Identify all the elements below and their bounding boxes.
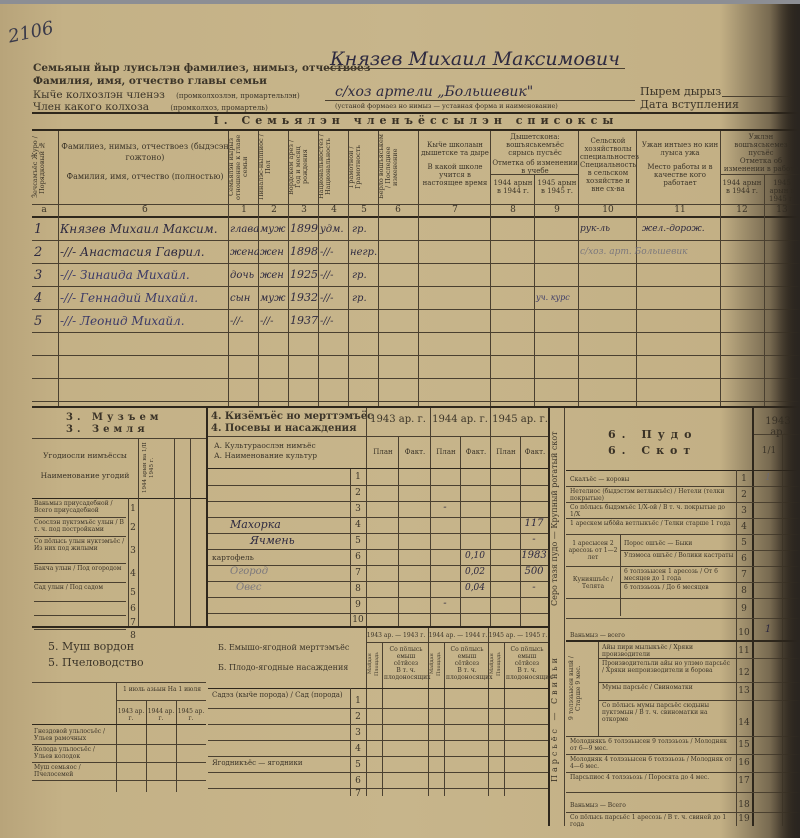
section3-col-header: 1944 арын на 1/II 1945 г. (142, 442, 172, 494)
livestock-row-number: 4 (736, 522, 752, 532)
crop-row: 2 (208, 486, 548, 502)
livestock-row-label: Производительли айы но улэмо парсьёс / Х… (602, 660, 732, 674)
side-label-cattle: Серо тазя пудо — Крупный рогатый скот (551, 414, 563, 624)
member-literacy: гр. (352, 293, 382, 304)
col-9-header: 1945 арын в 1945 г. (536, 179, 578, 195)
section6-title-komi: 6. Пудо (608, 428, 697, 441)
member-nationality: -//- (320, 270, 350, 281)
section4-title-ru: 4. Посевы и насаждения (211, 422, 356, 435)
col-7-header-ru: В какой школе учится в настоящее время (420, 163, 490, 187)
section3-title-komi: 3. Музъем (66, 412, 163, 423)
hline (208, 468, 548, 469)
crop-row: 10 (208, 614, 548, 626)
plan-1943: План (368, 448, 398, 456)
hline (208, 756, 548, 757)
kolkhoz-caption: (устаной формаез но нимыз — уставная фор… (335, 102, 558, 110)
hline (566, 736, 800, 737)
livestock-row-number: 7 (736, 570, 752, 580)
orchard-col-trees-komi: Со пӧлысь емыш сётӥсез (446, 646, 488, 667)
land-row-label: Сад улын / Под садом (34, 584, 126, 602)
col-11-header-komi: Ужан интыез но кин луыса ужа (640, 141, 720, 157)
land-row-number: 4 (128, 569, 138, 579)
col-a-header: Ӟечсамъёс Ӝуро / Порядковый № (32, 133, 56, 201)
colnum-a: a (32, 205, 56, 215)
section5-title-komi: 5. Муш вордон (48, 640, 134, 653)
kolkhoz-label-komi-paren: (промколхозлэн, промартельлэн) (176, 92, 300, 100)
livestock-row-label: Ваньмыз — Всего (570, 802, 732, 809)
livestock-row-number: 15 (736, 740, 752, 750)
livestock-row-label: 6 толэзьозь / До 6 месяцев (624, 584, 734, 591)
pigs-block: 9 толэзьысен вылӥ / Старше 9 мес. Айы пи… (566, 642, 800, 826)
col-6-header: Берло вошъяськем / Последнее изменение (378, 133, 414, 201)
crop-header-komi: А. Культураослэн нимъёс (214, 442, 316, 450)
fact-1944: Факт. (462, 448, 490, 456)
section3-header-ru: Наименование угодий (32, 472, 138, 480)
member-name: Князев Михаил Максим. (60, 222, 230, 236)
section1-header: Ӟечсамъёс Ӝуро / Порядковый № Фамилиез, … (32, 131, 800, 204)
colnum-8: 8 (492, 205, 534, 215)
row-number: 2 (34, 245, 56, 260)
table-row: 5 -//- Леонид Михайл. -//- -//- 1937 -//… (32, 310, 800, 333)
education-group-komi: Дышетскона: вошъяськемъёс сярысь пусъёс (492, 133, 578, 157)
fact-1944-value: 0,02 (460, 567, 490, 577)
family-members-table: 1 Князев Михаил Максим. глава муж 1899 у… (32, 218, 800, 406)
orchard-col-trees-ru: В т. ч. плодоносящих (446, 667, 488, 681)
hline (208, 788, 548, 789)
land-row-number: 1 (128, 504, 138, 514)
fact-1944-value: 0,10 (460, 551, 490, 561)
orchard-title-komi: Б. Емышо-ягодной мерттэмъёс (218, 644, 349, 652)
hline (32, 780, 206, 781)
member-nationality: -//- (320, 293, 350, 304)
hline (208, 772, 548, 773)
crop-name: картофель (212, 554, 254, 562)
member-relation: -//- (230, 316, 260, 327)
livestock-row-number: 11 (736, 646, 752, 656)
crop-row: 9 - (208, 598, 548, 614)
member-birth-year: 1925 (290, 268, 320, 281)
orchard-row-label: Садэз (кыӵе порода) / Сад (порода) (212, 692, 348, 699)
section5-beekeeping: 5. Муш вордон 5. Пчеловодство 1 июль азь… (32, 628, 206, 798)
livestock-row-label: 6 толэзьысен 1 аресозь / От 6 месяцев до… (624, 568, 734, 582)
bee-row-label: Муш семьяос / Пчелосемей (34, 764, 114, 778)
crop-row-number: 3 (350, 504, 366, 514)
land-row-number: 2 (128, 523, 138, 533)
crop-name: Махорка (230, 518, 281, 531)
member-relation: глава (230, 224, 260, 235)
crop-row: Ячмень 5 - (208, 534, 548, 550)
col-7-header: Кыӵе школаын дышетске та дыре В какой шк… (420, 141, 490, 187)
fact-1943: Факт. (400, 448, 430, 456)
colnum-2: 2 (260, 205, 288, 215)
hline (490, 174, 578, 175)
land-row-label: Бакча улын / Под огородом (34, 565, 126, 583)
hline (566, 470, 800, 471)
vline (116, 682, 117, 792)
pig-subgroup: 9 толэзьысен вылӥ / Старше 9 мес. (568, 646, 596, 730)
table-row (32, 379, 800, 402)
colnum-7: 7 (420, 205, 490, 215)
table-row: 4 -//- Геннадий Михайл. сын муж 1932 -//… (32, 287, 800, 310)
vline (190, 438, 191, 626)
table-row (32, 356, 800, 379)
plan-1945: План (492, 448, 520, 456)
member-nationality: удм. (320, 224, 350, 235)
member-nationality: -//- (320, 247, 350, 258)
hline (566, 618, 800, 619)
crop-row-number: 7 (350, 568, 366, 578)
livestock-row-number: 16 (736, 758, 752, 768)
cattle-subgroup-b: Кунияшъёс / Телята (568, 576, 618, 590)
hline (32, 498, 206, 499)
orchard-title-ru: Б. Плодо-ягодные насаждения (218, 664, 348, 672)
orchard-year-1945: 1945 ар. — 1945 г. (488, 632, 548, 639)
member-sex: жен (260, 247, 290, 258)
fact-1945: Факт. (522, 448, 548, 456)
fact-1945-value: 500 (520, 566, 548, 577)
orchard-row-number: 2 (350, 712, 366, 722)
hline (208, 740, 548, 741)
hline (208, 708, 548, 709)
orchard-row-number: 5 (350, 760, 366, 770)
member-sex: -//- (260, 316, 290, 327)
hline (208, 688, 548, 689)
livestock-row-number: 9 (736, 604, 752, 614)
orchard-col-trees-1943: Со пӧлысь емыш сётӥсез В т. ч. плодонося… (384, 646, 428, 681)
plan-1944-value: - (430, 598, 460, 609)
colnum-10: 10 (580, 205, 636, 215)
vline (176, 700, 177, 792)
member-relation: жена (230, 247, 260, 258)
crop-row-number: 10 (350, 615, 366, 625)
col-3-header: Вордскем арез / Год и месяц рождения (288, 133, 316, 201)
livestock-row-label: 1 арескем ыбӧйа ветлыкъёс / Телки старше… (570, 520, 732, 527)
col-1-header: Семьялэн йырыз отношение к главе семьи (228, 133, 256, 201)
livestock-row-label: Со пӧлысь быдэмъёс 1/X-ой / В т. ч. покр… (570, 504, 732, 518)
bee-year-1943: 1943 ар. г. (116, 708, 146, 722)
crop-name: Овес (236, 582, 262, 593)
livestock-row-number: 14 (736, 718, 752, 728)
bee-year-1944: 1944 ар. г. (146, 708, 176, 722)
entry-date-label-ru: Дата вступления (640, 98, 739, 111)
section6-title-ru: 6. Скот (608, 444, 696, 457)
orchard-row-number: 1 (350, 696, 366, 706)
member-birth-year: 1898 (290, 245, 320, 258)
crop-row: 3 - (208, 502, 548, 518)
head-of-family-label-ru: Фамилия, имя, отчество главы семьи (33, 75, 267, 88)
member-specialty: рук-ль (580, 224, 638, 234)
section4-crops: 4. Кизёмъёс но мерттэмъёс 4. Посевы и на… (208, 408, 548, 626)
member-nationality: -//- (320, 316, 350, 327)
land-row-label: Соослэн пуктэмъёс улын / В т. ч. под пос… (34, 519, 126, 537)
crop-row-number: 8 (350, 584, 366, 594)
hline (366, 642, 548, 643)
crop-row: Овес 8 0,04 - (208, 582, 548, 598)
hline (32, 438, 206, 439)
hline (566, 754, 800, 755)
colnum-5: 5 (350, 205, 378, 215)
livestock-row-label: Мумы парсьёс / Свиноматки (602, 684, 732, 691)
orchard-col-area-1944: Майдан Площадь (429, 644, 443, 684)
vline (146, 700, 147, 792)
col-10-header-komi: Сельской хозяйстволы специальностез (580, 137, 636, 161)
land-row-number: 5 (128, 588, 138, 598)
orchard-row-number: 3 (350, 728, 366, 738)
col-b-header-komi: Фамилиез, нимыз, отчествоез (быдэсэн гож… (60, 141, 230, 163)
livestock-row-label: Порос ошъёс — Быки (624, 540, 734, 547)
hline (566, 772, 800, 773)
education-group-header: Дышетскона: вошъяськемъёс сярысь пусъёс … (492, 133, 578, 175)
member-birth-year: 1899 (290, 222, 320, 235)
bee-row-label: Колода ульлосъёс / Ульев колодок (34, 746, 114, 760)
livestock-row-label: Со пӧлысь парсьёс 1 аресозь / В т. ч. св… (570, 814, 732, 828)
table-row (32, 333, 800, 356)
member-birth-year: 1937 (290, 314, 320, 327)
livestock-row-number: 17 (736, 776, 752, 786)
hline (566, 486, 800, 487)
land-row-number: 6 (128, 604, 138, 614)
hline (208, 724, 548, 725)
member-literacy: гр. (352, 270, 382, 281)
member-literacy: негр. (350, 247, 380, 258)
fact-1945-value: - (520, 582, 548, 593)
section6-livestock: 6. Пудо 6. Скот 1943 ар. 1/1 Скалъёс — к… (566, 408, 800, 826)
colnum-9: 9 (536, 205, 578, 215)
section3-header-komi: Угодиосли нимъёссы (32, 452, 138, 460)
colnum-11: 11 (640, 205, 720, 215)
kolkhoz-label-ru-paren: (промколхоз, промартель) (170, 104, 267, 112)
livestock-row-number: 19 (736, 814, 752, 824)
member-literacy: гр. (352, 224, 382, 235)
livestock-row-number: 13 (736, 686, 752, 696)
kolkhoz-value: с/хоз артели „Большевик" (335, 84, 533, 100)
crop-row-number: 1 (350, 472, 366, 482)
hline (116, 700, 206, 701)
land-row-label: Со пӧлысь улын нуктэмъёс / Из них под жи… (34, 538, 126, 564)
member-birth-year: 1932 (290, 291, 320, 304)
row-number: 5 (34, 314, 56, 329)
table-row: 1 Князев Михаил Максим. глава муж 1899 у… (32, 218, 800, 241)
col-10-header: Сельской хозяйстволы специальностез Спец… (580, 137, 636, 193)
orchard-row-number: 7 (350, 789, 366, 799)
member-specialty: с/хоз. арт. Большевик (580, 247, 720, 257)
hline (208, 436, 548, 437)
orchard-row-label: Ягодникъёс — ягодники (212, 760, 348, 767)
col-11-header: Ужан интыез но кин луыса ужа Место работ… (640, 141, 720, 187)
col-7-header-komi: Кыӵе школаын дышетске та дыре (420, 141, 490, 157)
livestock-row-label: Нетелиос (быдэстэм ветлыкъёс) / Нетели (… (570, 488, 732, 502)
livestock-row-label: Скалъёс — коровы (570, 476, 732, 483)
head-of-family-label-komi: Семьяын йыр луисьлэн фамилиез, нимыз, от… (33, 62, 370, 75)
member-name: -//- Зинаида Михайл. (60, 268, 230, 282)
kolkhoz-label-komi-text: Кыӵе колхозлэн членэз (33, 89, 165, 101)
member-relation: сын (230, 293, 260, 304)
hline (566, 518, 800, 519)
livestock-row-number: 2 (736, 490, 752, 500)
land-row-number: 3 (128, 546, 138, 556)
hline (566, 534, 800, 535)
col-b-header-ru: Фамилия, имя, отчество (полностью) (60, 171, 230, 182)
col-12-header: 1944 арын в 1944 г. (722, 179, 762, 195)
crop-row: Махорка 4 117 (208, 518, 548, 534)
crop-row-number: 6 (350, 552, 366, 562)
member-sex: муж (260, 293, 290, 304)
crop-row-number: 5 (350, 536, 366, 546)
member-sex: жен (260, 270, 290, 281)
head-of-family-underline (325, 68, 625, 69)
livestock-row-label: Парсьпиос 4 толэзьозь / Поросята до 4 ме… (570, 774, 732, 781)
hline (566, 598, 800, 599)
table-row: 2 -//- Анастасия Гаврил. жена жен 1898 -… (32, 241, 800, 264)
crop-row-number: 4 (350, 520, 366, 530)
fact-1945-value: 1983 (520, 550, 548, 561)
section4b-orchards: Б. Емышо-ягодной мерттэмъёс Б. Плодо-яго… (208, 628, 548, 798)
row-number: 3 (34, 268, 56, 283)
orchard-col-trees-komi: Со пӧлысь емыш сётӥсез (506, 646, 548, 667)
livestock-row-label: Со пӧлысь мумы парсьёс сюдыны пуктэмын /… (602, 702, 732, 723)
member-relation: дочь (230, 270, 260, 281)
livestock-row-number: 3 (736, 506, 752, 516)
land-row-label: Ваньмыз приусадебной / Всего приусадебно… (34, 500, 126, 518)
vline (598, 642, 599, 736)
colnum-3: 3 (290, 205, 318, 215)
orchard-col-area-1943: Майдан Площадь (367, 644, 381, 684)
col-b-header: Фамилиез, нимыз, отчествоез (быдэсэн гож… (60, 141, 230, 182)
table-row: 3 -//- Зинаида Михайл. дочь жен 1925 -//… (32, 264, 800, 287)
hline (32, 744, 206, 745)
fact-1944-value: 0,04 (460, 583, 490, 593)
col-2-header: Пиналэс-нылпиос / Пол (258, 133, 286, 201)
crop-row: картофель 6 0,10 1983 (208, 550, 548, 566)
cattle-subgroup-a: 1 аресысен 2 аресозь от 1—2 лет (568, 540, 618, 561)
plan-1944: План (432, 448, 460, 456)
col-8-header: 1944 арын в 1944 г. (492, 179, 534, 195)
vline (138, 438, 139, 626)
vline (564, 408, 565, 826)
member-sex: муж (260, 224, 290, 235)
land-row-label (34, 603, 126, 616)
colnum-4: 4 (320, 205, 348, 215)
orchard-year-1943: 1943 ар. — 1943 г. (366, 632, 426, 639)
census-form-page: 2106 Семьяын йыр луисьлэн фамилиез, нимы… (0, 4, 800, 838)
orchard-col-area-1945: Майдан Площадь (489, 644, 503, 684)
livestock-row-label: Ваньмыз — всего (570, 632, 732, 639)
hline (566, 812, 800, 813)
livestock-row-number: 8 (736, 586, 752, 596)
col-4-header: Национальностез / Национальность (318, 133, 346, 201)
crop-name: Ячмень (250, 534, 295, 547)
section3-title-ru: 3. Земля (66, 424, 149, 435)
hline (32, 682, 206, 683)
livestock-row-number: 6 (736, 554, 752, 564)
crop-header-ru: А. Наименование культур (214, 452, 317, 460)
fact-1945-value: - (520, 534, 548, 545)
livestock-row-label: Молодняк 4 толэзьысен 6 толэзьозь / Моло… (570, 756, 732, 770)
hline (566, 792, 800, 793)
plan-1944-value: - (430, 502, 460, 513)
colnum-12: 12 (722, 205, 762, 215)
livestock-row-number: 18 (736, 800, 752, 810)
orchard-col-trees-1944: Со пӧлысь емыш сётӥсез В т. ч. плодонося… (446, 646, 488, 681)
fact-1945-value: 117 (520, 518, 548, 529)
col-5-header: Грамотной / Грамотность (348, 133, 376, 201)
year-1944: 1944 ар. г. (432, 414, 488, 425)
orchard-col-trees-1945: Со пӧлысь емыш сётӥсез В т. ч. плодонося… (506, 646, 548, 681)
bee-row-label: Гнездовой ульлосъёс / Ульев рамочных (34, 728, 114, 742)
col-11-header-ru: Место работы и в качестве кого работает (640, 163, 720, 187)
education-group-ru: Отметка об изменении в учебе (492, 159, 578, 175)
section1-title: I. Семьялэн членъёссылэн списоксы (32, 114, 800, 127)
vline (174, 438, 175, 626)
hline (566, 566, 800, 567)
hline (566, 502, 800, 503)
page-edge-shadow (770, 4, 800, 838)
column-numbers: a б 1 2 3 4 5 6 7 8 9 10 11 12 13 (32, 205, 800, 216)
bee-col-group: 1 июль азьын На 1 июля (118, 686, 206, 693)
crop-name: Огород (230, 566, 268, 577)
bee-year-1945: 1945 ар. г. (176, 708, 206, 722)
orchard-col-trees-ru: В т. ч. плодоносящих (506, 667, 548, 681)
col-10-header-ru: Специальность в сельском хозяйстве и вне… (580, 161, 636, 193)
livestock-row-number: 5 (736, 538, 752, 548)
livestock-row-label: Улэмоса ошъёс / Волики кастраты (624, 552, 734, 559)
livestock-row-label: Молоднякъ 6 толэзьысен 9 толэзьозь / Мол… (570, 738, 732, 752)
colnum-6: 6 (380, 205, 416, 215)
member-name: -//- Анастасия Гаврил. (60, 245, 230, 259)
member-name: -//- Леонид Михайл. (60, 314, 230, 328)
entry-date-label-komi: Пырем дырыз (640, 85, 721, 98)
head-of-family-value: Князев Михаил Максимович (330, 48, 620, 70)
section5-title-ru: 5. Пчеловодство (48, 656, 144, 669)
crop-row: Огород 7 0,02 500 (208, 566, 548, 582)
orchard-col-trees-komi: Со пӧлысь емыш сётӥсез (384, 646, 428, 667)
member-name: -//- Геннадий Михайл. (60, 291, 230, 305)
kolkhoz-underline (325, 100, 635, 101)
crop-row-number: 9 (350, 600, 366, 610)
year-1945: 1945 ар. г. (492, 414, 548, 425)
crop-row-number: 2 (350, 488, 366, 498)
row-number: 1 (34, 222, 56, 237)
orchard-col-trees-ru: В т. ч. плодоносящих (384, 667, 428, 681)
hline (32, 762, 206, 763)
side-label-pigs: Парсьёс — Свиньи (551, 644, 563, 794)
livestock-row-number: 1 (736, 474, 752, 484)
orchard-year-1944: 1944 ар. — 1944 г. (428, 632, 488, 639)
livestock-row-number: 12 (736, 668, 752, 678)
hline (32, 724, 206, 725)
colnum-1: 1 (230, 205, 258, 215)
archive-number: 2106 (6, 17, 55, 47)
livestock-row-number: 10 (736, 628, 752, 638)
orchard-row-number: 4 (350, 744, 366, 754)
colnum-b: б (60, 205, 230, 215)
row-number: 4 (34, 291, 56, 306)
section3-land: 3. Музъем 3. Земля Угодиосли нимъёссы На… (32, 408, 206, 626)
year-1943: 1943 ар. г. (368, 414, 428, 425)
member-study-1945: уч. курс (536, 293, 580, 302)
vline (620, 534, 621, 616)
livestock-row-label: Айы пири мылыкъёс / Хряки производители (602, 644, 732, 658)
orchard-row-number: 6 (350, 776, 366, 786)
crop-row: 1 (208, 470, 548, 486)
member-workplace: жел.-дорож. (642, 224, 722, 234)
